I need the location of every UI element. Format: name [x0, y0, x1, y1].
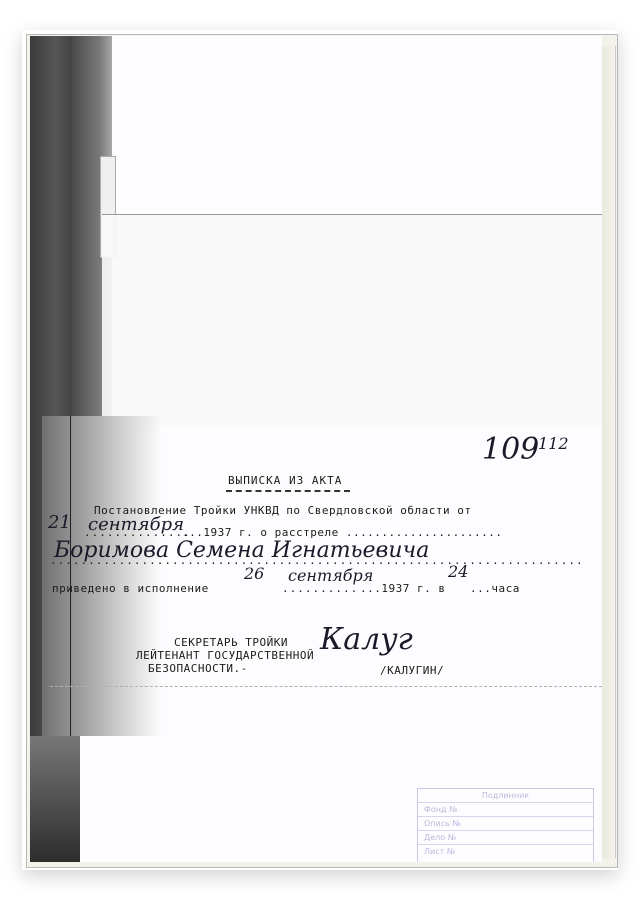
page-number-corrected: 112	[538, 434, 569, 453]
signatory-rank: ЛЕЙТЕНАНТ ГОСУДАРСТВЕННОЙ	[136, 649, 314, 662]
stamp-row: Лист №	[418, 845, 593, 858]
archive-stamp: Подлинник Фонд № Опись № Дело № Лист №	[417, 788, 594, 862]
signatory-title: СЕКРЕТАРЬ ТРОЙКИ	[174, 636, 288, 649]
stamp-row: Фонд №	[418, 803, 593, 817]
stamp-row: Дело №	[418, 831, 593, 845]
execution-suffix: ...часа	[470, 582, 520, 595]
document-title: ВЫПИСКА ИЗ АКТА	[228, 474, 342, 487]
document-content: 109 112 ВЫПИСКА ИЗ АКТА Постановление Тр…	[30, 36, 602, 862]
signatory-name: /КАЛУГИН/	[380, 664, 444, 677]
resolution-day: 21	[48, 512, 71, 533]
execution-prefix: приведено в исполнение	[52, 582, 209, 595]
execution-hour: 24	[448, 562, 468, 581]
execution-year: ...1937 г. в	[360, 582, 445, 595]
scanned-page: 109 112 ВЫПИСКА ИЗ АКТА Постановление Тр…	[30, 36, 602, 862]
handwritten-signature: Калуг	[320, 622, 413, 657]
signatory-rank-cont: БЕЗОПАСНОСТИ.-	[148, 662, 248, 675]
page-number-handwritten: 109	[482, 432, 539, 467]
stamp-title: Подлинник	[418, 789, 593, 803]
page-stack-edge	[600, 46, 616, 858]
execution-day: 26	[244, 564, 264, 583]
title-underline	[226, 490, 350, 492]
execution-month-dots: ..........	[282, 582, 358, 595]
stamp-row: Опись №	[418, 817, 593, 831]
